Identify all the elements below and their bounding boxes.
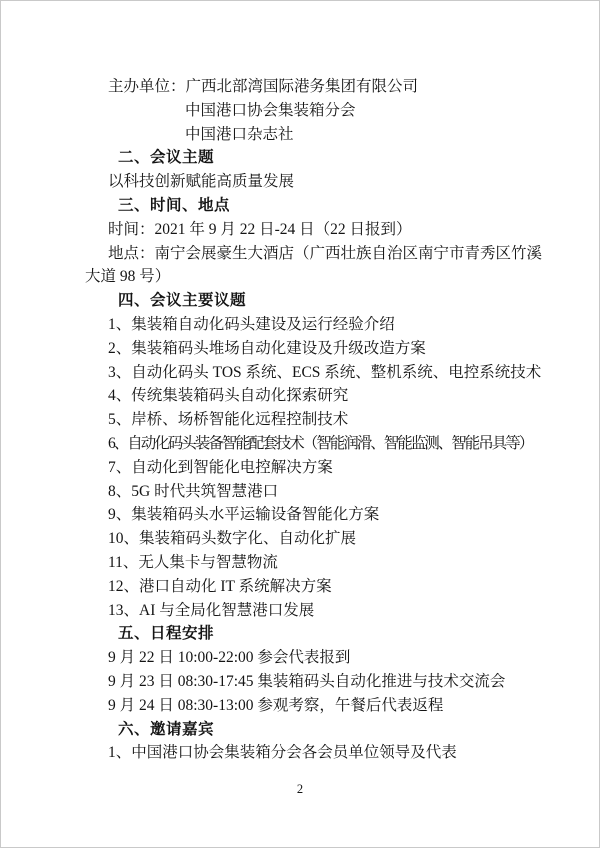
section-topics-heading: 四、会议主要议题 (85, 289, 599, 313)
topic-item-6: 6、自动化码头装备智能配套技术（智能润滑、智能监测、智能吊具等） (85, 432, 599, 456)
topic-item-2: 2、集装箱码头堆场自动化建设及升级改造方案 (85, 337, 599, 361)
document-content: 主办单位：广西北部湾国际港务集团有限公司 中国港口协会集装箱分会 中国港口杂志社… (1, 1, 599, 765)
section-time-place-heading: 三、时间、地点 (85, 194, 599, 218)
topic-item-9: 9、集装箱码头水平运输设备智能化方案 (85, 503, 599, 527)
guest-item-1: 1、中国港口协会集装箱分会各会员单位领导及代表 (85, 741, 599, 765)
topic-item-7: 7、自动化到智能化电控解决方案 (85, 456, 599, 480)
document-page: 主办单位：广西北部湾国际港务集团有限公司 中国港口协会集装箱分会 中国港口杂志社… (0, 0, 600, 848)
topic-item-8: 8、5G 时代共筑智慧港口 (85, 480, 599, 504)
organizer-line-2: 中国港口协会集装箱分会 (85, 99, 599, 123)
topic-item-10: 10、集装箱码头数字化、自动化扩展 (85, 527, 599, 551)
topic-item-1: 1、集装箱自动化码头建设及运行经验介绍 (85, 313, 599, 337)
time-line: 时间：2021 年 9 月 22 日-24 日（22 日报到） (85, 218, 599, 242)
topic-item-11: 11、无人集卡与智慧物流 (85, 551, 599, 575)
section-theme-body: 以科技创新赋能高质量发展 (85, 170, 599, 194)
topic-item-13: 13、AI 与全局化智慧港口发展 (85, 599, 599, 623)
topic-item-12: 12、港口自动化 IT 系统解决方案 (85, 575, 599, 599)
topic-item-3: 3、自动化码头 TOS 系统、ECS 系统、整机系统、电控系统技术 (85, 361, 599, 385)
place-line-2: 大道 98 号） (85, 265, 599, 289)
schedule-item-3: 9 月 24 日 08:30-13:00 参观考察，午餐后代表返程 (85, 694, 599, 718)
schedule-item-1: 9 月 22 日 10:00-22:00 参会代表报到 (85, 646, 599, 670)
place-line-1: 地点：南宁会展豪生大酒店（广西壮族自治区南宁市青秀区竹溪 (85, 242, 599, 266)
organizer-line-3: 中国港口杂志社 (85, 123, 599, 147)
page-number: 2 (1, 782, 599, 797)
section-theme-heading: 二、会议主题 (85, 146, 599, 170)
section-guests-heading: 六、邀请嘉宾 (85, 718, 599, 742)
section-schedule-heading: 五、日程安排 (85, 622, 599, 646)
topic-item-4: 4、传统集装箱码头自动化探索研究 (85, 384, 599, 408)
organizer-line-1: 主办单位：广西北部湾国际港务集团有限公司 (85, 75, 599, 99)
schedule-item-2: 9 月 23 日 08:30-17:45 集装箱码头自动化推进与技术交流会 (85, 670, 599, 694)
topic-item-5: 5、岸桥、场桥智能化远程控制技术 (85, 408, 599, 432)
